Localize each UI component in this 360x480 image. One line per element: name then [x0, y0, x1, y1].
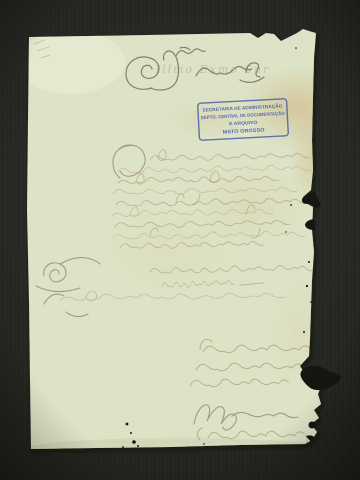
photo-vignette: [0, 0, 360, 480]
document-photo: Illmo Exmo Snr SECRETARIA DE ADMINISTRAÇ…: [0, 0, 360, 480]
